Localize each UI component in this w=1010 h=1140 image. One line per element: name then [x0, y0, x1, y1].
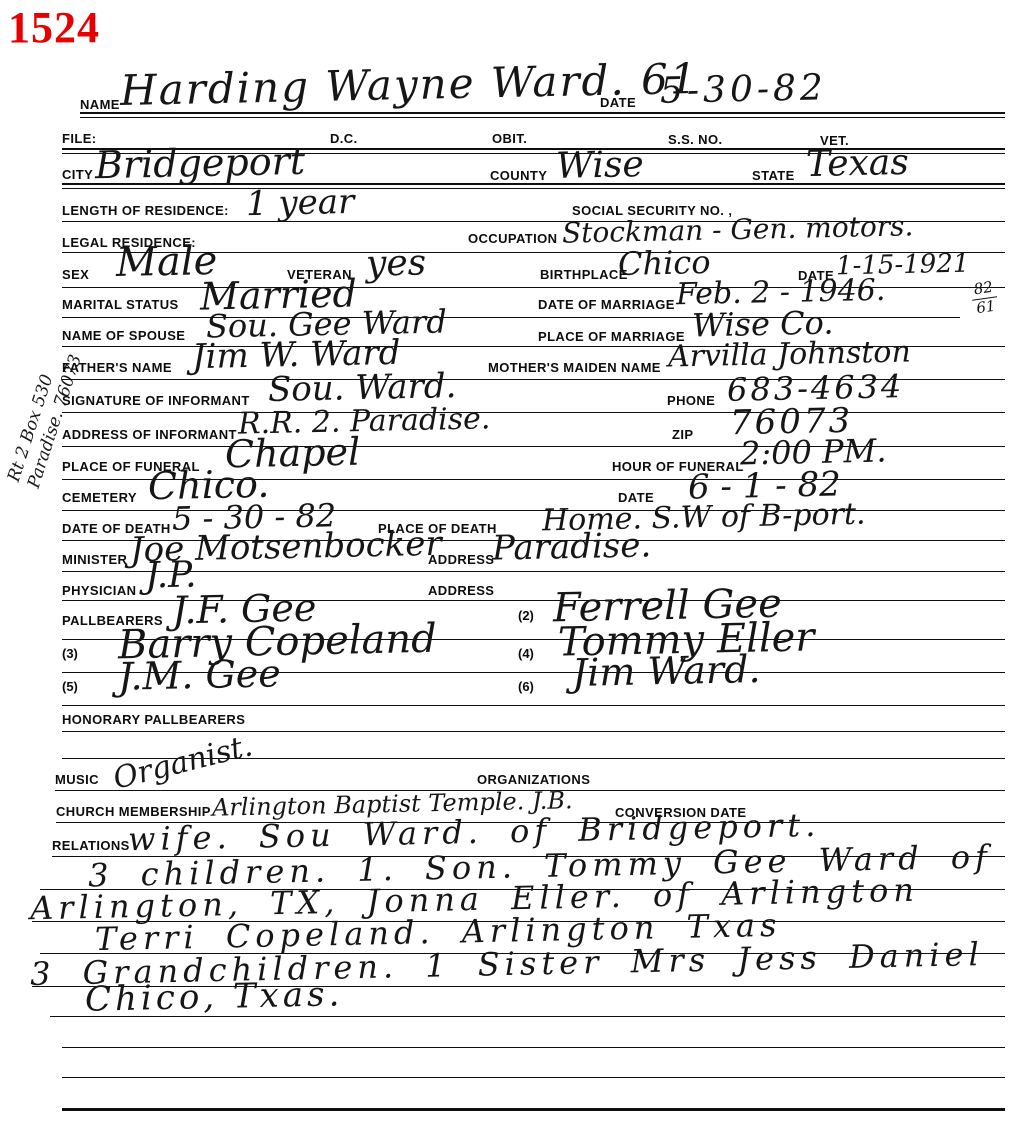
date-top-value: 5-30-82 [660, 70, 828, 109]
zip-label: ZIP [672, 427, 693, 442]
honorary-rule [62, 731, 1005, 732]
organizations-label: ORGANIZATIONS [477, 772, 590, 787]
minister-address-value: Paradise. [492, 528, 652, 565]
county-label: COUNTY [490, 168, 547, 183]
minister-rule [62, 571, 1005, 572]
county-value: Wise [556, 147, 644, 185]
marital-status-label: MARITAL STATUS [62, 297, 179, 312]
music-value: Organist. [110, 731, 255, 794]
honorary-pallbearers-label: HONORARY PALLBEARERS [62, 712, 245, 727]
address-of-informant-label: ADDRESS OF INFORMANT [62, 427, 237, 442]
relations-rule-6 [50, 1016, 1005, 1017]
occupation-label: OCCUPATION [468, 231, 557, 246]
relations-line-6: Chico, Txas. [85, 977, 344, 1016]
city-label: CITY [62, 167, 93, 182]
pallbearer6-label: (6) [518, 679, 534, 694]
name-rule [80, 112, 1005, 118]
bottom-rule [62, 1108, 1005, 1111]
relations-label: RELATIONS [52, 838, 130, 853]
date-top-label: DATE [600, 95, 636, 110]
name-of-spouse-label: NAME OF SPOUSE [62, 328, 185, 343]
mothers-maiden-name-label: MOTHER'S MAIDEN NAME [488, 360, 661, 375]
physician-address-label: ADDRESS [428, 583, 494, 598]
birthplace-value: Chico [618, 246, 711, 280]
pallbearer3-label: (3) [62, 646, 78, 661]
pallbearer5-label: (5) [62, 679, 78, 694]
fraction-bottom: 61 [975, 297, 996, 316]
pallbearer-rule-3 [62, 705, 1005, 706]
music-label: MUSIC [55, 772, 99, 787]
signature-rule [62, 412, 1005, 413]
phone-label: PHONE [667, 393, 715, 408]
name-label: NAME [80, 97, 120, 112]
state-value: Texas [806, 145, 909, 183]
signature-of-informant-label: SIGNATURE OF INFORMANT [62, 393, 250, 408]
city-value: Bridgeport [95, 142, 306, 184]
funeral-record-card: 1524 Rt 2 Box 530 Paradise. 76073 82 61 … [0, 0, 1010, 1140]
fathers-name-label: FATHER'S NAME [62, 360, 172, 375]
minister-label: MINISTER [62, 552, 127, 567]
date-of-marriage-label: DATE OF MARRIAGE [538, 297, 675, 312]
pallbearer6-value: Jim Ward. [572, 650, 761, 692]
veteran-value: yes [366, 245, 427, 282]
length-of-residence-value: 1 year [246, 185, 355, 221]
cemetery-label: CEMETERY [62, 490, 137, 505]
pallbearer4-label: (4) [518, 646, 534, 661]
church-membership-label: CHURCH MEMBERSHIP [56, 804, 211, 819]
length-of-residence-label: LENGTH OF RESIDENCE: [62, 203, 229, 218]
signature-of-informant-value: Sou. Ward. [268, 369, 457, 407]
physician-label: PHYSICIAN [62, 583, 136, 598]
state-label: STATE [752, 168, 795, 183]
occupation-value: Stockman - Gen. motors. [562, 212, 914, 247]
blank-rule-3 [62, 1077, 1005, 1078]
ssno-label: S.S. NO. [668, 132, 723, 147]
pallbearer5-value: J.M. Gee [118, 654, 282, 695]
pallbearer2-label: (2) [518, 608, 534, 623]
file-label: FILE: [62, 131, 97, 146]
city-rule [62, 183, 1005, 189]
dc-label: D.C. [330, 131, 358, 146]
minister-address-label: ADDRESS [428, 552, 494, 567]
place-of-marriage-label: PLACE OF MARRIAGE [538, 329, 685, 344]
sex-label: SEX [62, 267, 89, 282]
card-number: 1524 [8, 2, 100, 53]
blank-rule-2 [62, 1047, 1005, 1048]
birthplace-label: BIRTHPLACE [540, 267, 628, 282]
margin-fraction-note: 82 61 [970, 278, 1000, 316]
obit-label: OBIT. [492, 131, 527, 146]
